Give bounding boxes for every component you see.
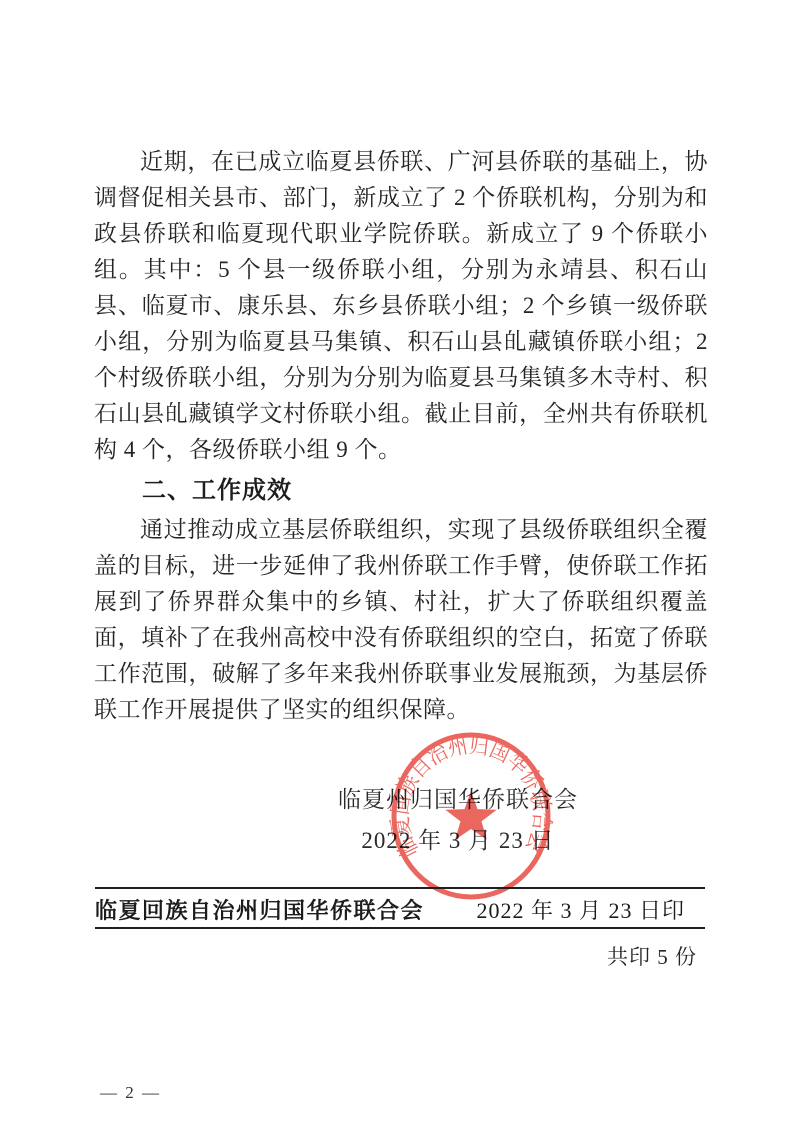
footer-issuer: 临夏回族自治州归国华侨联合会 (95, 898, 424, 924)
document-body: 近期，在已成立临夏县侨联、广河县侨联的基础上，协调督促相关县市、部门，新成立了 … (94, 144, 708, 728)
signature-date: 2022 年 3 月 23 日 (333, 820, 583, 861)
signature-org: 临夏州归国华侨联合会 (333, 779, 583, 820)
page-number: — 2 — (100, 1083, 161, 1103)
signature-block: 临夏州归国华侨联合会 2022 年 3 月 23 日 (333, 779, 583, 861)
section-heading: 二、工作成效 (94, 473, 708, 509)
copies-count: 共印 5 份 (607, 941, 697, 971)
body-paragraph-1: 近期，在已成立临夏县侨联、广河县侨联的基础上，协调督促相关县市、部门，新成立了 … (94, 144, 708, 468)
document-page: 近期，在已成立临夏县侨联、广河县侨联的基础上，协调督促相关县市、部门，新成立了 … (0, 0, 800, 1130)
footer-rule-bottom (95, 927, 705, 929)
footer-rule-top (95, 887, 705, 889)
footer-print-date: 2022 年 3 月 23 日印 (476, 898, 685, 924)
footer-row: 临夏回族自治州归国华侨联合会 2022 年 3 月 23 日印 (95, 898, 705, 924)
body-paragraph-2: 通过推动成立基层侨联组织，实现了县级侨联组织全覆盖的目标，进一步延伸了我州侨联工… (94, 512, 708, 728)
